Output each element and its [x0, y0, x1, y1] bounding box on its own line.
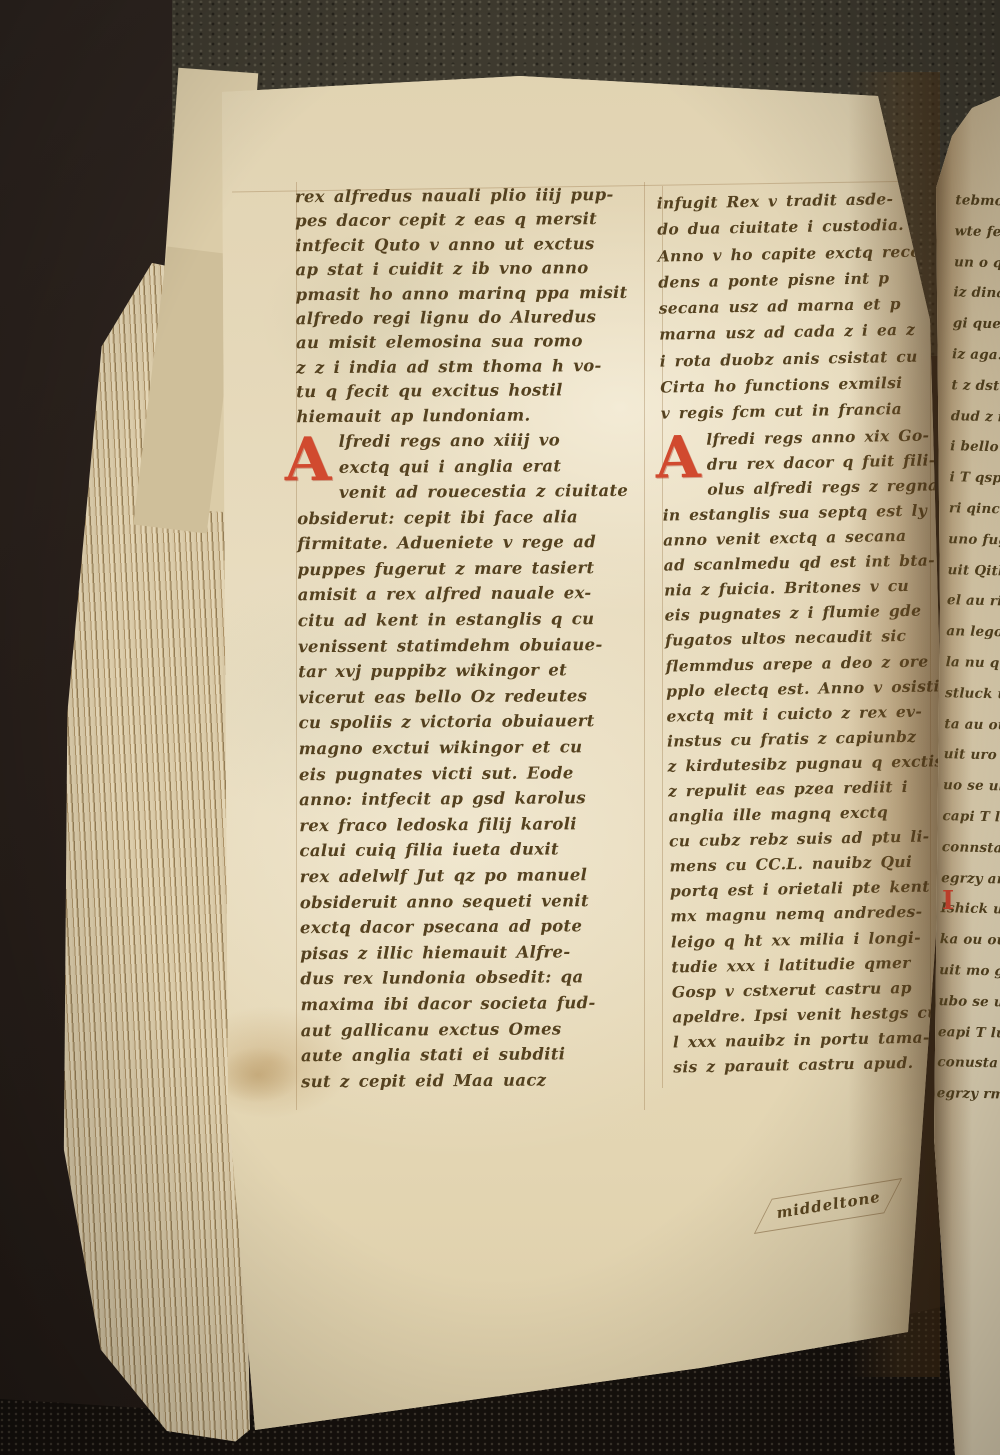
- next-page-text-fragment: uno fughi z: [948, 524, 1000, 556]
- next-page-text-fragment: dud z ila my: [951, 401, 1000, 433]
- rubric-initial-right: A: [655, 429, 702, 482]
- next-page-text-fragment: ubo se ulta: [938, 986, 1000, 1018]
- text-line: rex alfredus nauali plio iiij pup-: [295, 183, 645, 210]
- text-line: exctq dacor psecana ad pote: [300, 913, 650, 941]
- text-line: obsiderut: cepit ibi face alia: [297, 503, 647, 531]
- next-page-text-column: tebmo gyftuwte ferr uun o q iz eyiz dina…: [936, 185, 1000, 1110]
- text-line: ap stat i cuidit z ib vno anno: [295, 256, 645, 283]
- text-line: citu ad kent in estanglis q cu: [298, 606, 648, 634]
- text-line: pmasit ho anno marinq ppa misit: [296, 280, 646, 307]
- text-line: pes dacor cepit z eas q mersit: [295, 207, 645, 234]
- text-line: amisit a rex alfred nauale ex-: [298, 580, 648, 608]
- gutter-shadow: [848, 72, 940, 1377]
- text-line: aut gallicanu exctus Omes: [301, 1015, 651, 1043]
- text-line: tar xvj puppibz wikingor et: [298, 657, 648, 685]
- next-page-text-fragment: i T qspo pt: [949, 462, 1000, 494]
- text-line: hiemauit ap lundoniam.: [296, 402, 646, 429]
- text-line: tu q fecit qu excitus hostil: [296, 378, 646, 405]
- text-line: venit ad rouecestia z ciuitate: [297, 478, 647, 506]
- text-line: puppes fugerut z mare tasiert: [297, 555, 647, 583]
- text-line: rex adelwlf Jut qz po manuel: [300, 862, 650, 890]
- text-line: z z i india ad stm thoma h vo-: [296, 354, 646, 381]
- text-line: pisas z illic hiemauit Alfre-: [300, 939, 650, 967]
- text-line: maxima ibi dacor societa fud-: [300, 990, 650, 1018]
- next-page-text-fragment: an lego ouo: [946, 616, 1000, 648]
- next-page-text-fragment: i bello uonsc: [950, 432, 1000, 464]
- text-line: exctq qui i anglia erat: [297, 452, 647, 480]
- rubric-initial-left: A: [285, 431, 333, 483]
- next-page-text-fragment: un o q iz ey: [954, 247, 1000, 279]
- text-line: dus rex lundonia obsedit: qa: [300, 964, 650, 992]
- text-line: alfredo regi lignu do Aluredus: [296, 305, 646, 332]
- manuscript-photo: rex alfredus nauali plio iiij pup-pes da…: [0, 0, 1000, 1455]
- next-page-text-fragment: uit Qith ex: [947, 555, 1000, 587]
- paragraph-left-1: rex alfredus nauali plio iiij pup-pes da…: [295, 183, 647, 429]
- text-line: sut z cepit eid Maa uacz: [301, 1067, 651, 1095]
- text-line: aute anglia stati ei subditi: [301, 1041, 651, 1069]
- next-page-text-fragment: ri qincuff. m: [949, 493, 1000, 525]
- text-line: au misit elemosina sua romo: [296, 329, 646, 356]
- next-page-text-fragment: ka ou oug: [940, 924, 1000, 956]
- next-page-text-fragment: connsta m f: [941, 832, 1000, 864]
- text-line: intfecit Quto v anno ut exctus: [295, 232, 645, 259]
- text-line: vicerut eas bello Oz redeutes: [298, 683, 648, 711]
- next-page-text-fragment: el au risibz: [947, 586, 1000, 618]
- paragraph-left-2: A lfredi regs ano xiiij voexctq qui i an…: [297, 427, 652, 1095]
- next-page-text-fragment: uo se ulit: [943, 770, 1000, 802]
- text-line: cu spoliis z victoria obuiauert: [298, 708, 648, 736]
- next-page-text-fragment: ta au ou q: [944, 709, 1000, 741]
- next-page-text-fragment: stluck uop: [945, 678, 1000, 710]
- next-page-text-fragment: uit mo g no: [939, 955, 1000, 987]
- text-line: firmitate. Adueniete v rege ad: [297, 529, 647, 557]
- next-page-text-fragment: tebmo gyftu: [955, 185, 1000, 217]
- next-page-text-fragment: eapi T lucas: [938, 1017, 1000, 1049]
- text-line: calui cuiq filia iueta duxit: [299, 836, 649, 864]
- next-page-text-fragment: wte ferr u: [954, 216, 1000, 248]
- text-column-left: rex alfredus nauali plio iiij pup-pes da…: [295, 183, 651, 1095]
- next-page-text-fragment: la nu q z e: [945, 647, 1000, 679]
- text-line: obsideruit anno sequeti venit: [300, 887, 650, 915]
- next-page-text-fragment: egrzy rm.: [936, 1078, 1000, 1110]
- next-page-text-fragment: capi T luca: [942, 801, 1000, 833]
- text-line: rex fraco ledoska filij karoli: [299, 811, 649, 839]
- next-page-text-fragment: iz aga. dun: [952, 339, 1000, 371]
- next-page-text-fragment: gi que T fui: [952, 308, 1000, 340]
- next-page-text-fragment: iz dina d d: [953, 278, 1000, 310]
- text-line: lfredi regs ano xiiij vo: [297, 427, 647, 455]
- text-line: venissent statimdehm obuiaue-: [298, 631, 648, 659]
- text-line: magno exctui wikingor et cu: [299, 734, 649, 762]
- next-page-text-fragment: t z dst. dun: [951, 370, 1000, 402]
- next-page-rubric-initial: I: [942, 888, 954, 914]
- next-page-text-fragment: uit uro g n: [943, 739, 1000, 771]
- text-line: anno: intfecit ap gsd karolus: [299, 785, 649, 813]
- text-line: eis pugnates victi sut. Eode: [299, 759, 649, 787]
- next-page-text-fragment: conusta m fu: [937, 1047, 1000, 1079]
